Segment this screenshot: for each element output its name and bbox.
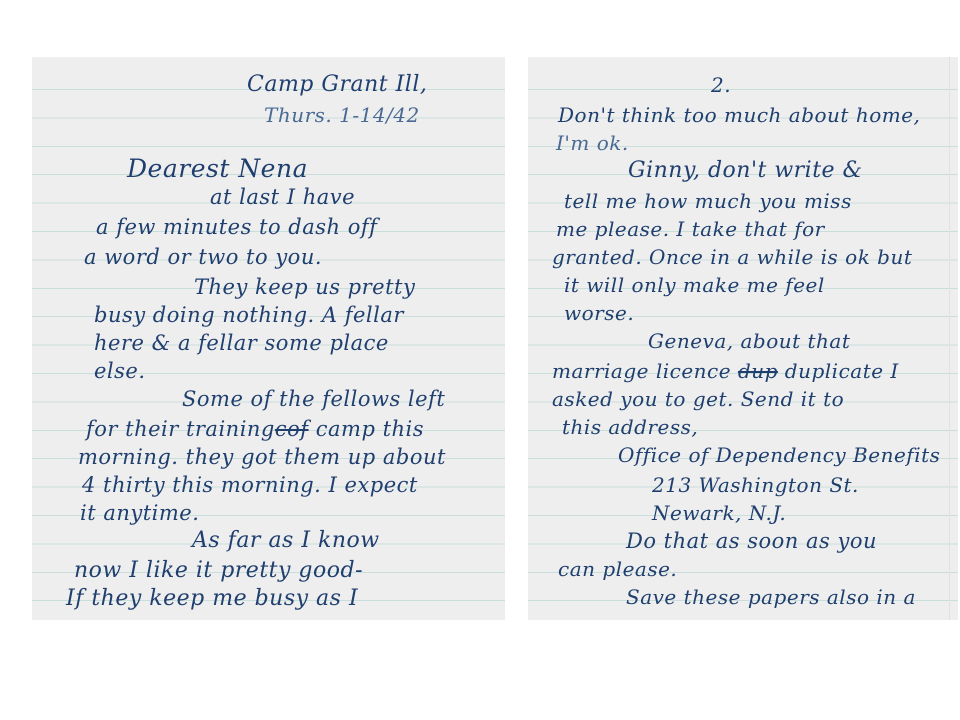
letter-text: duplicate I [785, 359, 899, 383]
letter-line: at last I have [210, 185, 355, 209]
letter-line: Don't think too much about home, [558, 103, 920, 127]
letter-line: busy doing nothing. A fellar [94, 303, 404, 327]
letter-line: this address, [562, 415, 698, 439]
letter-line: asked you to get. Send it to [552, 387, 844, 411]
letter-line: If they keep me busy as I [66, 587, 358, 611]
letter-line: a word or two to you. [84, 245, 322, 269]
strikethrough-text: dup [738, 359, 778, 383]
letter-date: Thurs. 1-14/42 [264, 103, 420, 127]
letter-line: I'm ok. [556, 131, 629, 155]
page-number: 2. [711, 73, 731, 97]
letter-line: Ginny, don't write & [628, 159, 863, 183]
letter-line: granted. Once in a while is ok but [552, 245, 912, 269]
letter-text: camp this [316, 417, 424, 441]
letter-line: Office of Dependency Benefits [618, 443, 940, 467]
letter-line: now I like it pretty good- [74, 559, 363, 583]
letter-line: tell me how much you miss [564, 189, 852, 213]
letter-line: can please. [558, 557, 677, 581]
letter-line: Geneva, about that [648, 329, 850, 353]
letter-text: marriage licence [552, 359, 731, 383]
letter-line: Some of the fellows left [182, 387, 445, 411]
letter-line: marriage licence dup duplicate I [552, 359, 899, 383]
strikethrough-text: cof [275, 417, 309, 441]
letter-line: morning. they got them up about [78, 445, 446, 469]
letter-page-1: Camp Grant Ill, Thurs. 1-14/42 Dearest N… [32, 57, 505, 620]
letter-line: worse. [564, 301, 634, 325]
letter-line: a few minutes to dash off [96, 215, 377, 239]
letter-line: As far as I know [192, 529, 380, 553]
letter-line: else. [94, 359, 146, 383]
letter-line: 4 thirty this morning. I expect [82, 473, 418, 497]
letter-line: Save these papers also in a [626, 585, 916, 609]
letter-text: for their training [86, 417, 275, 441]
letter-line: They keep us pretty [194, 275, 415, 299]
letter-page-2: 2. Don't think too much about home, I'm … [528, 57, 958, 620]
letter-line: for their trainingcof camp this [86, 417, 424, 441]
letter-scan: Camp Grant Ill, Thurs. 1-14/42 Dearest N… [0, 0, 960, 720]
letter-line: it will only make me feel [564, 273, 825, 297]
letter-line: Do that as soon as you [626, 529, 877, 553]
letter-line: here & a fellar some place [94, 331, 389, 355]
letter-line: it anytime. [80, 501, 199, 525]
letter-location: Camp Grant Ill, [247, 73, 427, 97]
letter-salutation: Dearest Nena [127, 157, 308, 181]
letter-line: 213 Washington St. [652, 473, 859, 497]
letter-line: me please. I take that for [556, 217, 825, 241]
letter-line: Newark, N.J. [652, 501, 786, 525]
